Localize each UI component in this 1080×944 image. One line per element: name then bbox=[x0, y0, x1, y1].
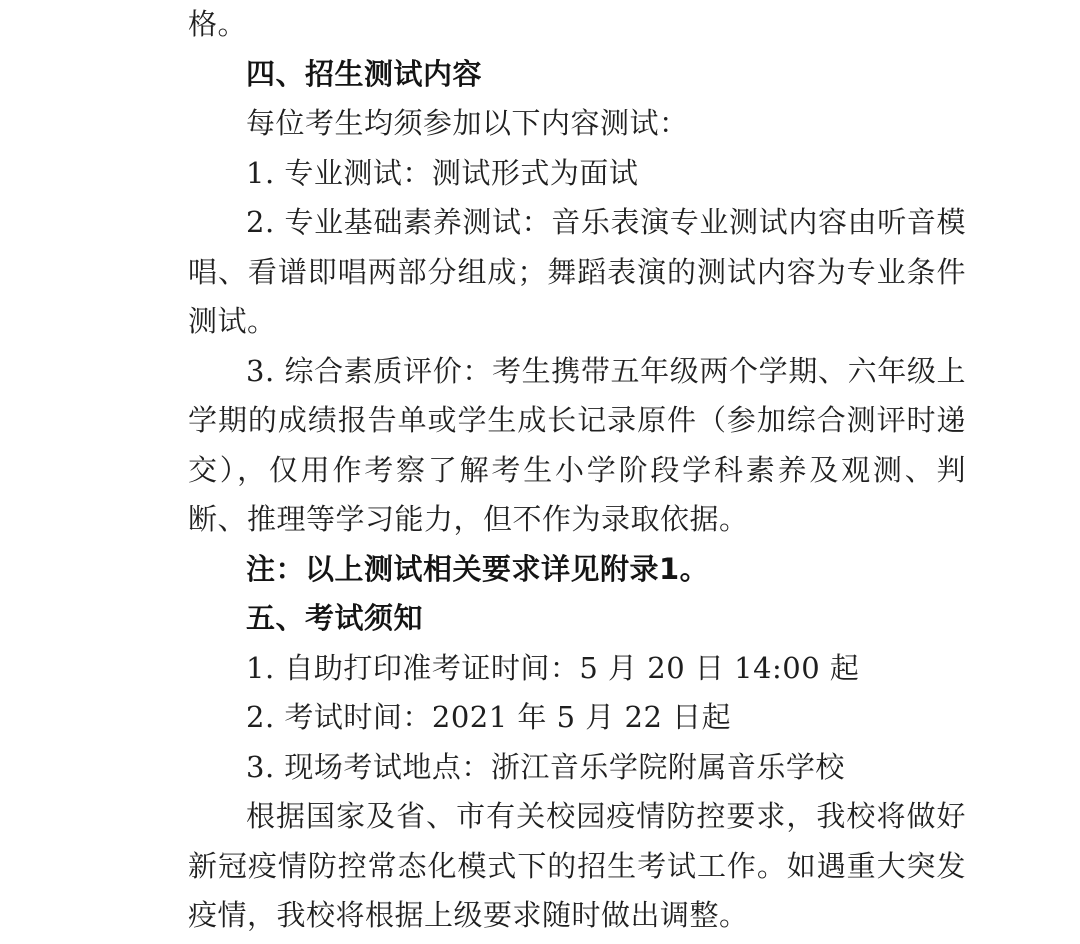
document-page: 格。 四、招生测试内容 每位考生均须参加以下内容测试： 1. 专业测试：测试形式… bbox=[0, 0, 1080, 944]
paragraph-continuation: 格。 bbox=[188, 0, 966, 50]
document-body: 格。 四、招生测试内容 每位考生均须参加以下内容测试： 1. 专业测试：测试形式… bbox=[188, 0, 966, 941]
paragraph-test-item-1: 1. 专业测试：测试形式为面试 bbox=[188, 149, 966, 199]
paragraph-exam-item-3: 3. 现场考试地点：浙江音乐学院附属音乐学校 bbox=[188, 743, 966, 793]
paragraph-note: 注：以上测试相关要求详见附录1。 bbox=[188, 545, 966, 595]
paragraph-epidemic-notice: 根据国家及省、市有关校园疫情防控要求，我校将做好新冠疫情防控常态化模式下的招生考… bbox=[188, 792, 966, 941]
paragraph-test-item-3: 3. 综合素质评价：考生携带五年级两个学期、六年级上学期的成绩报告单或学生成长记… bbox=[188, 347, 966, 545]
paragraph-exam-item-2: 2. 考试时间：2021 年 5 月 22 日起 bbox=[188, 693, 966, 743]
paragraph-test-item-2: 2. 专业基础素养测试：音乐表演专业测试内容由听音模唱、看谱即唱两部分组成；舞蹈… bbox=[188, 198, 966, 347]
section-heading-5: 五、考试须知 bbox=[188, 594, 966, 644]
paragraph-exam-item-1: 1. 自助打印准考证时间：5 月 20 日 14:00 起 bbox=[188, 644, 966, 694]
paragraph-test-intro: 每位考生均须参加以下内容测试： bbox=[188, 99, 966, 149]
section-heading-4: 四、招生测试内容 bbox=[188, 50, 966, 100]
